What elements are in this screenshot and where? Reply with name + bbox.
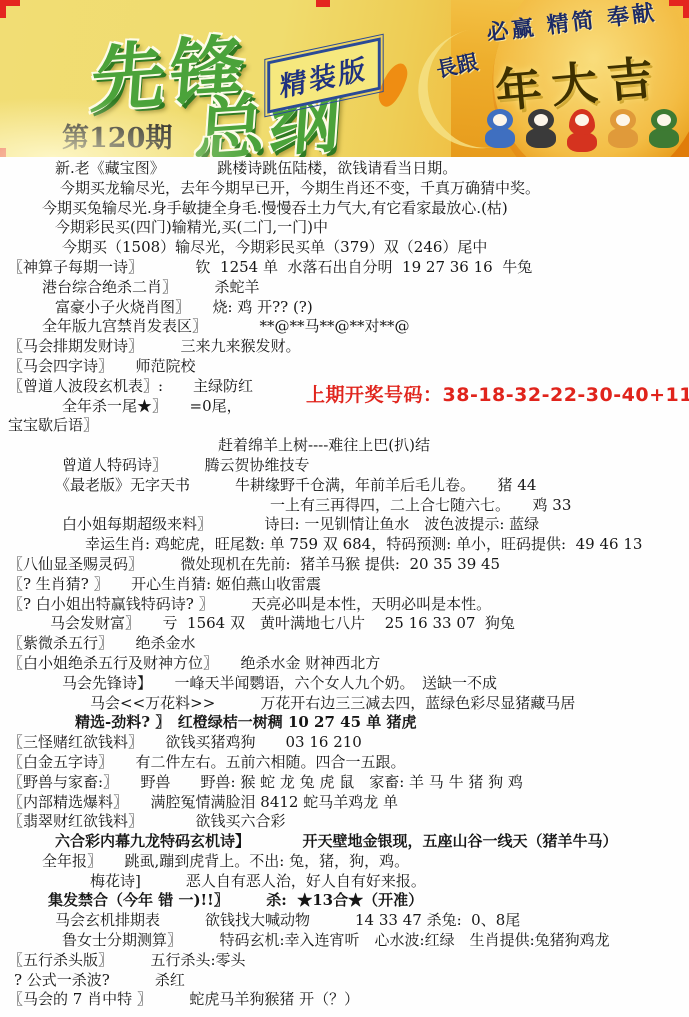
crop-mark-top-left-h xyxy=(0,0,20,6)
text-line: 〖马会排期发财诗〗 三来九来猴发财。 xyxy=(0,337,689,357)
crop-mark-top-center xyxy=(316,0,330,7)
text-line: 鲁女士分期测算〗 特码玄机:幸入连宵听 心水波:红绿 生肖提供:兔猪狗鸡龙 xyxy=(0,931,689,951)
mascot-row xyxy=(483,109,681,155)
text-line: 〖野兽与家畜:〗 野兽 野兽: 猴 蛇 龙 兔 虎 鼠 家畜: 羊 马 牛 猪 … xyxy=(0,773,689,793)
text-line: 全年版九宫禁肖发表区〗 **@**马**@**对**@ xyxy=(0,317,689,337)
mascot-figure-panda xyxy=(524,109,558,155)
text-line: ? 公式一杀波? 杀红 xyxy=(0,971,689,991)
text-line: 白小姐每期超级来料〗 诗曰: 一见钏情让鱼水 波色波提示: 蓝绿 xyxy=(0,515,689,535)
crop-mark-top-right xyxy=(683,0,689,18)
text-line: 梅花诗] 恶人自有恶人治，好人自有好来报。 xyxy=(0,872,689,892)
text-line: 〖马会四字诗〗 师范院校 xyxy=(0,357,689,377)
text-line: 〖八仙显圣赐灵码〗 微处现机在先前: 猪羊马猴 提供: 20 35 39 45 xyxy=(0,555,689,575)
mascot-figure-green xyxy=(647,109,681,155)
text-line: 赶着绵羊上树----难往上巴(扒)结 xyxy=(0,436,689,456)
text-line: 《最老版》无字天书 牛耕缘野千仓满，年前羊后毛儿卷。 猪 44 xyxy=(0,476,689,496)
text-line: 精选-劲料? 〗 红橙绿桔一树稠 10 27 45 单 猪虎 xyxy=(0,713,689,733)
crop-mark-left-edge xyxy=(0,148,6,157)
text-line: 〖? 白小姐出特赢钱特码诗? 〗 天亮必叫是本性，天明必叫是本性。 xyxy=(0,595,689,615)
issue-number: 第120期 xyxy=(62,116,172,155)
text-line: 新.老《藏宝图》 跳楼诗跳伍陆楼，欲钱请看当日期。 xyxy=(0,159,689,179)
previous-draw-numbers: 上期开奖号码：38-18-32-22-30-40+11 xyxy=(306,380,686,407)
tips-text-block: 新.老《藏宝图》 跳楼诗跳伍陆楼，欲钱请看当日期。 今期买龙输尽光，去年今期早已… xyxy=(0,159,689,1010)
mascot-figure-red-flame xyxy=(565,109,599,155)
text-line: 〖马会的 7 肖中特 〗 蛇虎马羊狗猴猪 开（？） xyxy=(0,990,689,1010)
text-line: 宝宝歇后语〗 xyxy=(0,416,689,436)
text-line: 〖白小姐绝杀五行及财神方位〗 绝杀水金 财神西北方 xyxy=(0,654,689,674)
text-line: 马会<<万花料>> 万花开右边三三减去四，蓝绿色彩尽显猪藏马居 xyxy=(0,694,689,714)
text-line: 今期买龙输尽光，去年今期早已开，今期生肖还不变，千真万确猜中奖。 xyxy=(0,179,689,199)
text-line: 全年报〗 跳虱,蹦到虎背上。不出: 兔，猪，狗，鸡。 xyxy=(0,852,689,872)
text-line: 马会玄机排期表 欲钱找大喊动物 14 33 47 杀兔: 0、8尾 xyxy=(0,911,689,931)
masthead-title-part1: 先锋 xyxy=(88,11,253,128)
text-line: 一上有三再得四，二上合七随六七。 鸡 33 xyxy=(0,496,689,516)
text-line: 〖内部精选爆料〗 满腔冤情满脸泪 8412 蛇马羊鸡龙 单 xyxy=(0,793,689,813)
text-line: 〖三怪赌红欲钱料〗 欲钱买猪鸡狗 03 16 210 xyxy=(0,733,689,753)
text-line: 马会先锋诗】 一峰天半闻鹦语，六个女人九个奶。 送缺一不成 xyxy=(0,674,689,694)
text-line: 今期买（1508）输尽光，今期彩民买单（379）双（246）尾中 xyxy=(0,238,689,258)
text-line: 幸运生肖: 鸡蛇虎，旺尾数: 单 759 双 684，特码预测: 单小，旺码提供… xyxy=(0,535,689,555)
text-line: 〖五行杀头版〗 五行杀头:零头 xyxy=(0,951,689,971)
text-line: 马会发财富〗 亏 1564 双 黄叶满地七八片 25 16 33 07 狗兔 xyxy=(0,614,689,634)
text-line: 〖紫微杀五行〗 绝杀金水 xyxy=(0,634,689,654)
header-banner: 先锋 总纲 精装版 第120期 必赢 精简 奉献 長跟 年大吉 xyxy=(0,0,689,157)
text-line: 今期买兔输尽光.身手敏捷全身毛.慢慢吞土力气大,有它看家最放心.(枯) xyxy=(0,199,689,219)
text-line: 港台综合绝杀二肖〗 杀蛇羊 xyxy=(0,278,689,298)
lottery-tip-sheet: 先锋 总纲 精装版 第120期 必赢 精简 奉献 長跟 年大吉 新.老《藏宝图》… xyxy=(0,0,689,1017)
text-line: 富豪小子火烧肖图〗 烧: 鸡 开?? (?) xyxy=(0,298,689,318)
text-line: 〖? 生肖猜? 〗 开心生肖猜: 姬伯燕山收雷震 xyxy=(0,575,689,595)
text-line: 〖神算子每期一诗〗 钦 1254 单 水落石出自分明 19 27 36 16 牛… xyxy=(0,258,689,278)
text-line: 〖翡翠财红欲钱料〗 欲钱买六合彩 xyxy=(0,812,689,832)
mascot-figure-orange xyxy=(606,109,640,155)
text-line: 今期彩民买(四门)输精光,买(二门,一门)中 xyxy=(0,218,689,238)
mascot-figure-blue xyxy=(483,109,517,155)
text-line: 曾道人特码诗〗 腾云贺协维技专 xyxy=(0,456,689,476)
text-line: 〖白金五字诗〗 有二件左右。五前六相随。四合一五跟。 xyxy=(0,753,689,773)
text-line: 六合彩内幕九龙特码玄机诗】 开天壁地金银现，五座山谷一线天（猪羊牛马） xyxy=(0,832,689,852)
text-line: 集发禁合（今年 错 一)!!〗 杀: ★13合★（开准） xyxy=(0,891,689,911)
